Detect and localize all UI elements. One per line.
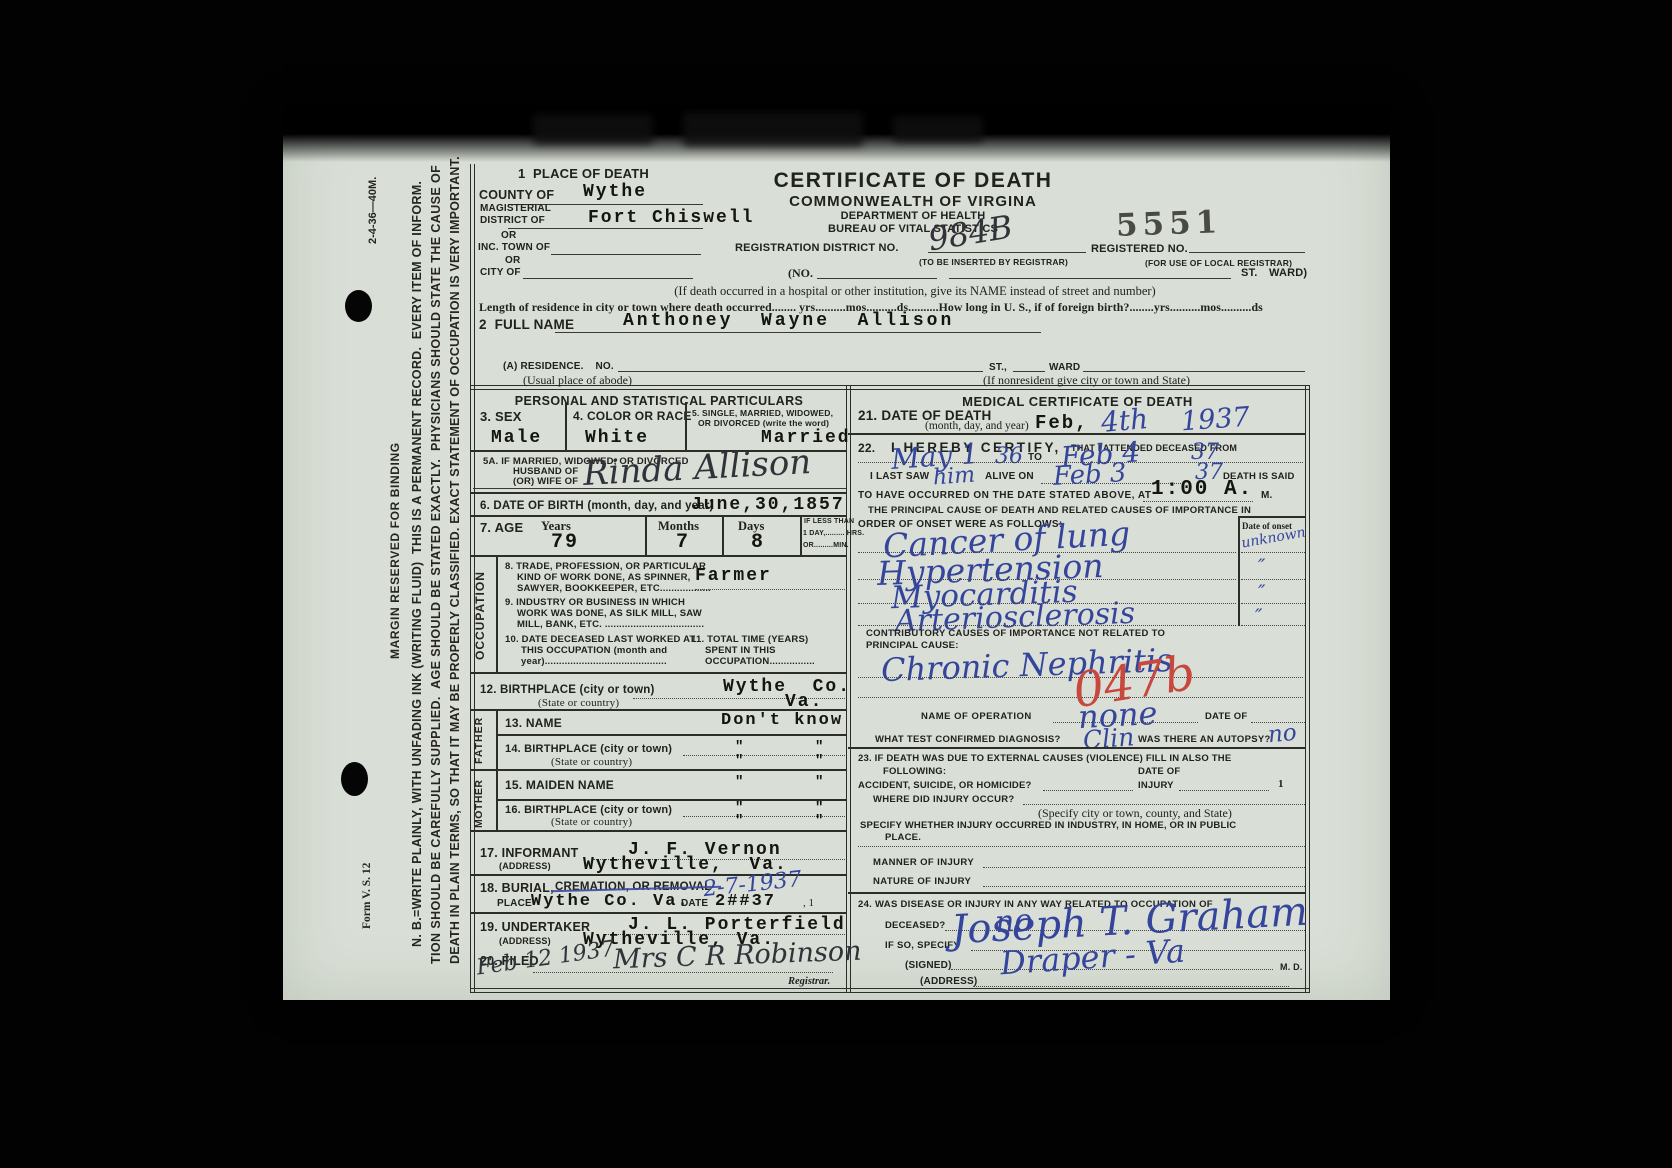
row-rule: [470, 672, 846, 674]
cause-line: [1241, 552, 1305, 553]
address-label: (ADDRESS): [920, 976, 977, 987]
date-of-injury-label-1: DATE OF: [1138, 766, 1180, 777]
bottom-border: [470, 988, 1310, 993]
scan-artifact: [683, 112, 863, 146]
scan-artifact: [893, 116, 983, 142]
leader: [983, 886, 1305, 887]
leader: [1043, 790, 1133, 791]
certificate-number-stamp: 5551: [1115, 204, 1222, 244]
personal-section-title: PERSONAL AND STATISTICAL PARTICULARS: [473, 394, 845, 408]
mother-vertical-label: MOTHER: [473, 778, 491, 830]
registered-no-line: [1189, 252, 1305, 253]
informant-address-label: (ADDRESS): [499, 861, 551, 871]
hospital-note: (If death occurred in a hospital or othe…: [635, 284, 1195, 299]
full-name-value: Anthoney Wayne Allison: [623, 311, 954, 331]
ditto-mark: ″: [735, 774, 745, 790]
test-label: WHAT TEST CONFIRMED DIAGNOSIS?: [875, 734, 1061, 745]
age-years-value: 79: [551, 531, 579, 554]
margin-print-code: 2-4-36—40M.: [367, 172, 383, 248]
last-saw-date-handwriting: Feb 3: [1052, 458, 1127, 492]
registration-district-label: REGISTRATION DISTRICT NO.: [735, 242, 899, 254]
no-line: [817, 278, 937, 279]
ifless-label-2: 1 DAY,......... HRS.: [803, 530, 864, 537]
ditto-mark: ″: [815, 774, 825, 790]
birthplace-label: 12. BIRTHPLACE (city or town): [480, 684, 654, 696]
f9-line1: 9. INDUSTRY OR BUSINESS IN WHICH: [505, 597, 685, 608]
death-month-typed: Feb,: [1035, 412, 1089, 434]
deceased-label: DECEASED?: [885, 920, 945, 931]
residence-a-label: (A) RESIDENCE. NO.: [503, 361, 614, 372]
ward-label: WARD): [1269, 267, 1307, 279]
age-days-value: 8: [751, 531, 765, 554]
inc-town-underline: [551, 254, 701, 255]
md-label: M. D.: [1280, 962, 1303, 972]
margin-nb-line2: TION SHOULD BE CAREFULLY SUPPLIED. AGE S…: [429, 164, 446, 964]
section-rule: [470, 830, 846, 832]
undertaker-label: 19. UNDERTAKER: [480, 920, 590, 934]
father-birthplace-state-label: (State or country): [551, 756, 632, 768]
color-race-label: 4. COLOR OR RACE: [573, 409, 692, 423]
ditto-mark: ″: [815, 753, 825, 769]
department-label: DEPARTMENT OF HEALTH: [713, 210, 1113, 222]
row-rule: [496, 799, 846, 801]
attended-from-year-handwriting: 36: [995, 444, 1023, 469]
leader: [983, 867, 1305, 868]
injury-year-prefix: 1: [1278, 778, 1284, 790]
sex-label: 3. SEX: [480, 409, 522, 424]
father-name-value: Don't know: [721, 711, 843, 730]
city-label: CITY OF: [480, 267, 521, 278]
last-saw-him-handwriting: him: [932, 463, 976, 491]
section-rule: [470, 555, 846, 557]
f10-line2: THIS OCCUPATION (month and: [521, 645, 667, 656]
occupation-value: Farmer: [695, 566, 772, 586]
f11-line2: SPENT IN THIS: [705, 645, 776, 656]
dob-label: 6. DATE OF BIRTH (month, day, and year): [480, 500, 714, 512]
leader: [1143, 501, 1253, 502]
scan-artifact: [533, 114, 653, 144]
inc-town-label: INC. TOWN OF: [478, 242, 550, 253]
ward2-label: WARD: [1049, 362, 1080, 373]
leader: [1023, 804, 1305, 805]
insert-note: (TO BE INSERTED BY REGISTRAR): [919, 257, 1068, 267]
date-of-death-sub: (month, day, and year): [925, 420, 1029, 432]
ditto-mark: ″: [815, 813, 825, 829]
row-rule: [470, 492, 846, 494]
sex-color-divider: [565, 402, 567, 450]
certify-no: 22.: [858, 441, 875, 455]
street-line: [949, 278, 1231, 279]
signed-label: (SIGNED): [905, 960, 952, 971]
color-marital-divider: [685, 402, 687, 450]
age-months-value: 7: [676, 531, 690, 554]
f8-line2: KIND OF WORK DONE, AS SPINNER,: [517, 572, 691, 583]
cause-2-onset: ″: [1258, 554, 1265, 578]
age-divider: [722, 515, 724, 555]
death-year-handwriting: 1937: [1180, 402, 1251, 438]
burial-date-value: 2##37: [715, 892, 776, 911]
meridiem-label: M.: [1261, 490, 1273, 501]
st-label: ST.: [1241, 267, 1258, 279]
hole-punch: [345, 290, 372, 322]
marital-label-1: 5. SINGLE, MARRIED, WIDOWED,: [692, 408, 833, 418]
undertaker-address-label: (ADDRESS): [499, 936, 551, 946]
abode-note: (Usual place of abode): [523, 373, 632, 388]
leader: [533, 972, 833, 973]
autopsy-label: WAS THERE AN AUTOPSY?: [1138, 734, 1271, 745]
county-value: Wythe: [583, 182, 647, 202]
leader: [973, 986, 1289, 987]
father-birthplace-label: 14. BIRTHPLACE (city or town): [505, 743, 672, 755]
full-name-label: 2 FULL NAME: [479, 317, 574, 332]
leader: [1179, 790, 1269, 791]
cause-line: [1241, 625, 1305, 626]
cause-line: [858, 625, 1236, 626]
full-name-underline: [555, 332, 1041, 333]
occupation-inner-divider: [496, 555, 498, 672]
hole-punch: [341, 762, 368, 796]
specify-whether-label: SPECIFY WHETHER INJURY OCCURRED IN INDUS…: [860, 820, 1236, 831]
certificate-title: CERTIFICATE OF DEATH: [713, 169, 1113, 193]
or-label-2: OR: [505, 255, 520, 266]
autopsy-value-handwriting: no: [1267, 720, 1298, 748]
row-rule: [470, 912, 846, 914]
burial-place-value: Wythe Co. Va.: [531, 892, 690, 911]
margin-nb-line3: DEATH IN PLAIN TERMS, SO THAT IT MAY BE …: [448, 164, 465, 964]
age-divider: [800, 515, 802, 555]
informant-label: 17. INFORMANT: [480, 846, 578, 860]
injury-label: INJURY: [1138, 780, 1174, 791]
city-underline: [523, 278, 693, 279]
place-label: PLACE.: [885, 832, 921, 843]
mother-birthplace-label: 16. BIRTHPLACE (city or town): [505, 804, 672, 816]
marital-label-2: OR DIVORCED (write the word): [698, 418, 829, 428]
ifless-label-1: IF LESS THAN: [804, 518, 854, 525]
onset-box-top: [1238, 516, 1305, 518]
father-vertical-label: FATHER: [473, 714, 491, 766]
commonwealth-subtitle: COMMONWEALTH OF VIRGINA: [713, 193, 1113, 210]
f11-line1: 11. TOTAL TIME (YEARS): [691, 634, 808, 645]
following-label: FOLLOWING:: [883, 766, 946, 777]
st2-label: ST.,: [989, 362, 1007, 373]
f5a-label-3: (OR) WIFE OF: [513, 476, 578, 487]
registered-no-label: REGISTERED NO.: [1091, 243, 1188, 255]
burial-date-label: DATE: [681, 898, 708, 909]
f10-line1: 10. DATE DECEASED LAST WORKED AT: [505, 634, 695, 645]
margin-form-code: Form V. S. 12: [361, 854, 377, 938]
age-label: 7. AGE: [480, 520, 523, 535]
onset-box-left: [1238, 516, 1240, 626]
spouse-underline: [473, 488, 846, 489]
death-certificate-paper: 2-4-36—40M. MARGIN RESERVED FOR BINDING …: [283, 106, 1390, 1000]
maiden-name-label: 15. MAIDEN NAME: [505, 778, 614, 792]
if-so-specify-label: IF SO, SPECIFY: [885, 940, 960, 951]
section-rule: [470, 769, 846, 771]
last-saw-label-2: ALIVE ON: [985, 471, 1034, 482]
f8-line1: 8. TRADE, PROFESSION, OR PARTICULAR: [505, 561, 706, 572]
father-inner-divider: [496, 709, 498, 769]
margin-nb-line1: N. B.=WRITE PLAINLY, WITH UNFADING INK (…: [410, 164, 427, 964]
accident-label: ACCIDENT, SUICIDE, OR HOMICIDE?: [858, 780, 1032, 791]
district-label: DISTRICT OF: [480, 215, 545, 226]
cause-line: [1241, 603, 1305, 604]
nature-of-injury-label: NATURE OF INJURY: [873, 876, 971, 887]
ditto-mark: ″: [735, 753, 745, 769]
place-of-death-label: 1 PLACE OF DEATH: [518, 166, 649, 181]
color-race-value: White: [585, 428, 649, 448]
burial-place-label: PLACE: [497, 898, 532, 909]
father-name-label: 13. NAME: [505, 716, 562, 730]
occupation-leader: [695, 589, 845, 590]
registrar-label: Registrar.: [788, 976, 830, 987]
ifless-label-3: OR.........MIN.: [803, 542, 849, 549]
residence-line1: [618, 371, 983, 372]
age-divider: [645, 515, 647, 555]
where-injury-label: WHERE DID INJURY OCCUR?: [873, 794, 1015, 805]
occurred-label: TO HAVE OCCURRED ON THE DATE STATED ABOV…: [858, 490, 1151, 501]
registration-district-line: [928, 252, 1086, 253]
or-label-1: OR: [501, 230, 516, 241]
dob-value: June,30,1857: [691, 495, 845, 515]
screenshot-root: { "colors":{"paper":"#d9dfd6","print_ink…: [0, 0, 1672, 1168]
cause-line: [1241, 579, 1305, 580]
row-rule: [496, 734, 846, 736]
row-rule: [848, 433, 1305, 435]
district-underline: [508, 228, 703, 229]
f11-line3: OCCUPATION................: [705, 656, 815, 667]
birthplace-state-label: (State or country): [538, 697, 619, 709]
operation-date-label: DATE OF: [1205, 711, 1247, 722]
no-paren-label: (NO.: [788, 266, 813, 281]
mother-birthplace-state-label: (State or country): [551, 816, 632, 828]
cause-3-onset: ″: [1258, 580, 1265, 604]
manner-of-injury-label: MANNER OF INJURY: [873, 857, 974, 868]
last-saw-label-1: I LAST SAW: [870, 471, 929, 482]
principal-cause-label-1: THE PRINCIPAL CAUSE OF DEATH AND RELATED…: [868, 505, 1251, 516]
external-causes-label: 23. IF DEATH WAS DUE TO EXTERNAL CAUSES …: [858, 753, 1231, 764]
ditto-mark: ″: [735, 813, 745, 829]
f9-line3: MILL, BANK, ETC. .......................…: [517, 619, 704, 630]
operation-label: NAME OF OPERATION: [921, 711, 1032, 722]
f9-line2: WORK WAS DONE, AS SILK MILL, SAW: [517, 608, 702, 619]
test-value-handwriting: Clin: [1082, 722, 1135, 755]
leader: [858, 846, 1305, 847]
row-rule: [470, 515, 846, 517]
burial-date-suffix: , 1: [803, 897, 814, 909]
specify-city-note: (Specify city or town, county, and State…: [1038, 806, 1232, 821]
margin-binding-note: MARGIN RESERVED FOR BINDING: [388, 416, 404, 686]
sex-value: Male: [491, 428, 542, 448]
bureau-label: BUREAU OF VITAL STATISTICS: [713, 223, 1113, 235]
county-label: COUNTY OF: [479, 188, 554, 202]
row-rule: [848, 747, 1305, 749]
nonresident-note: (If nonresident give city or town and St…: [983, 373, 1190, 388]
occupation-vertical-label: OCCUPATION: [473, 568, 493, 664]
magisterial-label: MAGISTERIAL: [480, 203, 551, 214]
death-time-value: 1:00 A.: [1151, 478, 1253, 501]
contributory-label-1: CONTRIBUTORY CAUSES OF IMPORTANCE NOT RE…: [866, 628, 1165, 639]
f10-line3: year)...................................…: [521, 656, 667, 667]
f8-line3: SAWYER, BOOKKEEPER, ETC.................…: [517, 583, 711, 594]
